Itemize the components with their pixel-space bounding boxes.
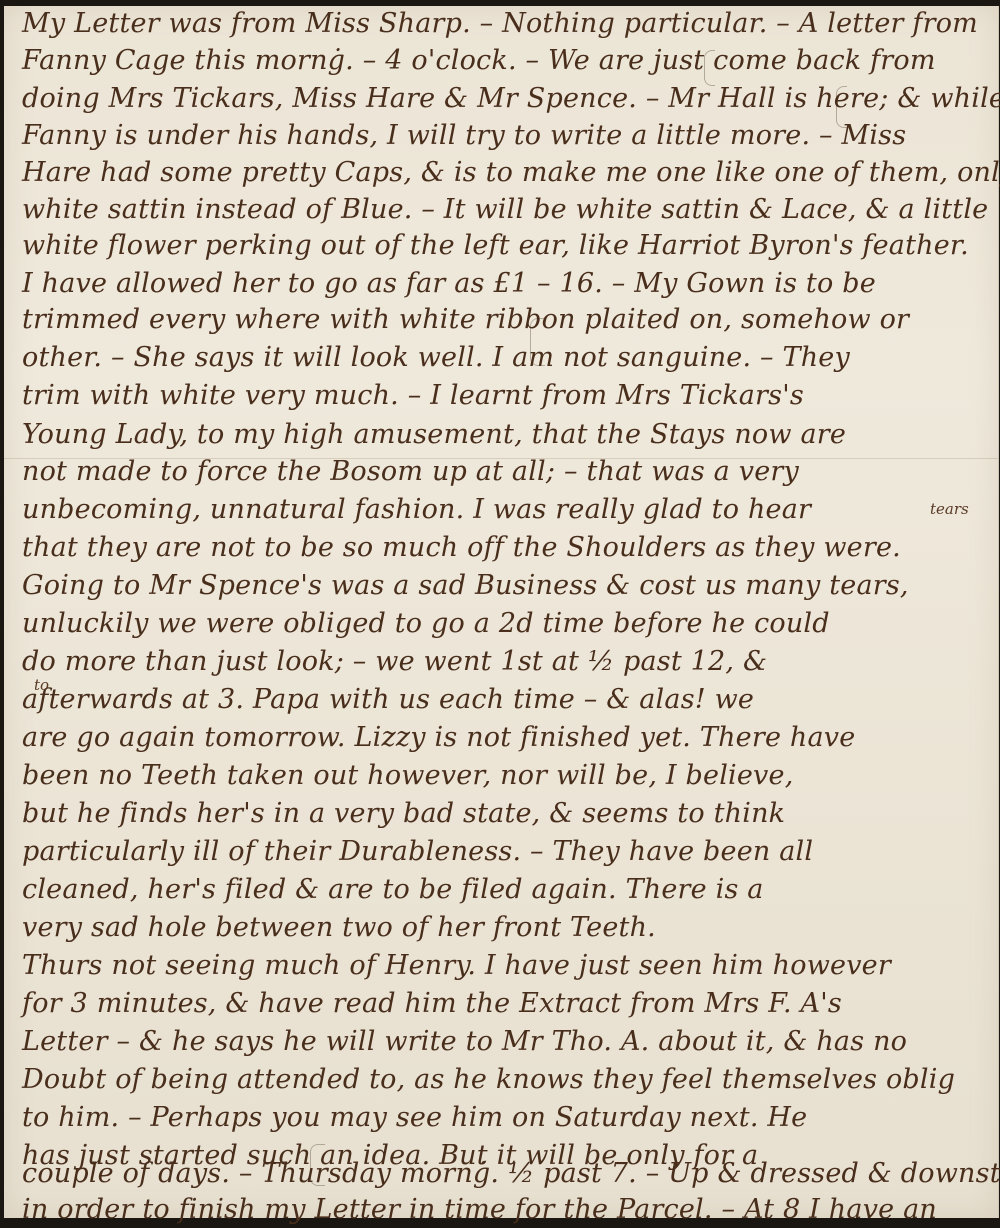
manuscript-line: for 3 minutes, & have read him the Extra… <box>22 988 842 1019</box>
manuscript-line: unluckily we were obliged to go a 2d tim… <box>22 608 830 639</box>
manuscript-line: couple of days. – Thursday mornġ. ½ past… <box>22 1158 1000 1189</box>
manuscript-line: My Letter was from Miss Sharp. – Nothing… <box>22 8 978 39</box>
manuscript-line: Fanny is under his hands, I will try to … <box>22 120 906 151</box>
manuscript-line: white flower perking out of the left ear… <box>22 230 969 261</box>
manuscript-line: trimmed every where with white ribbon pl… <box>22 304 909 335</box>
manuscript-line: but he finds her's in a very bad state, … <box>22 798 785 829</box>
manuscript-line: trim with white very much. – I learnt fr… <box>22 380 804 411</box>
manuscript-line: other. – She says it will look well. I a… <box>22 342 850 373</box>
manuscript-line: particularly ill of their Durableness. –… <box>22 836 813 867</box>
manuscript-line: Letter – & he says he will write to Mr T… <box>22 1026 907 1057</box>
manuscript-line: Fanny Cage this mornġ. – 4 o'clock. – We… <box>22 45 936 76</box>
manuscript-line: very sad hole between two of her front T… <box>22 912 656 943</box>
manuscript-line: do more than just look; – we went 1st at… <box>22 646 767 677</box>
manuscript-line: Hare had some pretty Caps, & is to make … <box>22 157 1000 188</box>
manuscript-line: doing Mrs Tickars, Miss Hare & Mr Spence… <box>22 83 1000 114</box>
manuscript-line: Thurs not seeing much of Henry. I have j… <box>22 950 891 981</box>
manuscript-line: afterwards at 3. Papa with us each time … <box>22 684 754 715</box>
manuscript-page: My Letter was from Miss Sharp. – Nothing… <box>4 6 999 1218</box>
manuscript-line: I have allowed her to go as far as £1 – … <box>22 268 876 299</box>
manuscript-line: Doubt of being attended to, as he knows … <box>22 1064 955 1095</box>
manuscript-line: that they are not to be so much off the … <box>22 532 901 563</box>
manuscript-line: not made to force the Bosom up at all; –… <box>22 456 799 487</box>
interlinear-insertion: to <box>34 676 49 694</box>
manuscript-line: to him. – Perhaps you may see him on Sat… <box>22 1102 807 1133</box>
manuscript-line: are go again tomorrow. Lizzy is not fini… <box>22 722 855 753</box>
manuscript-line: cleaned, her's filed & are to be filed a… <box>22 874 764 905</box>
manuscript-line: in order to finish my Letter in time for… <box>22 1194 937 1225</box>
manuscript-line: unbecoming, unnatural fashion. I was rea… <box>22 494 811 525</box>
manuscript-line: Going to Mr Spence's was a sad Business … <box>22 570 909 601</box>
interlinear-insertion: tears <box>930 500 969 518</box>
manuscript-line: white sattin instead of Blue. – It will … <box>22 194 988 225</box>
manuscript-line: Young Lady, to my high amusement, that t… <box>22 419 846 450</box>
manuscript-line: been no Teeth taken out however, nor wil… <box>22 760 793 791</box>
